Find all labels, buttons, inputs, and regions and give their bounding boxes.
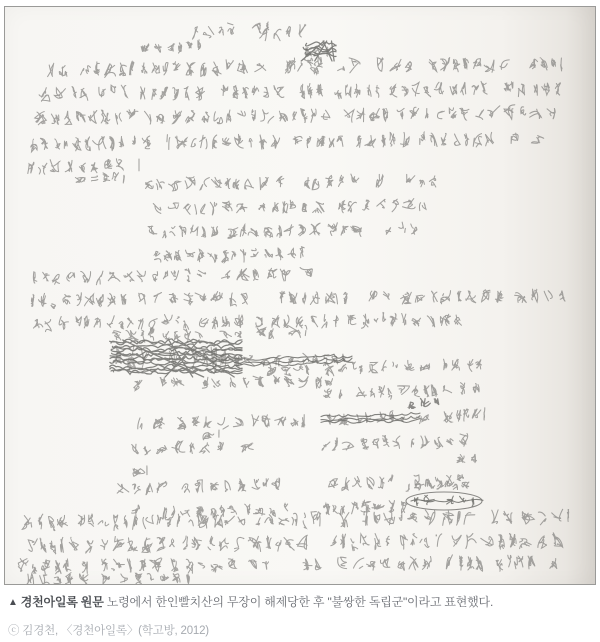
caption-title: 경천아일록 원문 — [21, 595, 104, 609]
article-figure-page: { "figure": { "description": "Photograph… — [0, 0, 600, 642]
figure-caption: ▲경천아일록 원문 노령에서 한인빨치산의 무장이 해제당한 후 "불쌍한 독립… — [8, 594, 594, 611]
caption-triangle-icon: ▲ — [8, 597, 18, 608]
photo-credit: ⓒ 김경천, 〈경천아일록〉(학고방, 2012) — [8, 624, 594, 639]
caption-body: 노령에서 한인빨치산의 무장이 해제당한 후 "불쌍한 독립군"이라고 표현했다… — [104, 595, 493, 609]
manuscript-handwriting — [5, 7, 595, 584]
manuscript-photo — [4, 6, 596, 585]
